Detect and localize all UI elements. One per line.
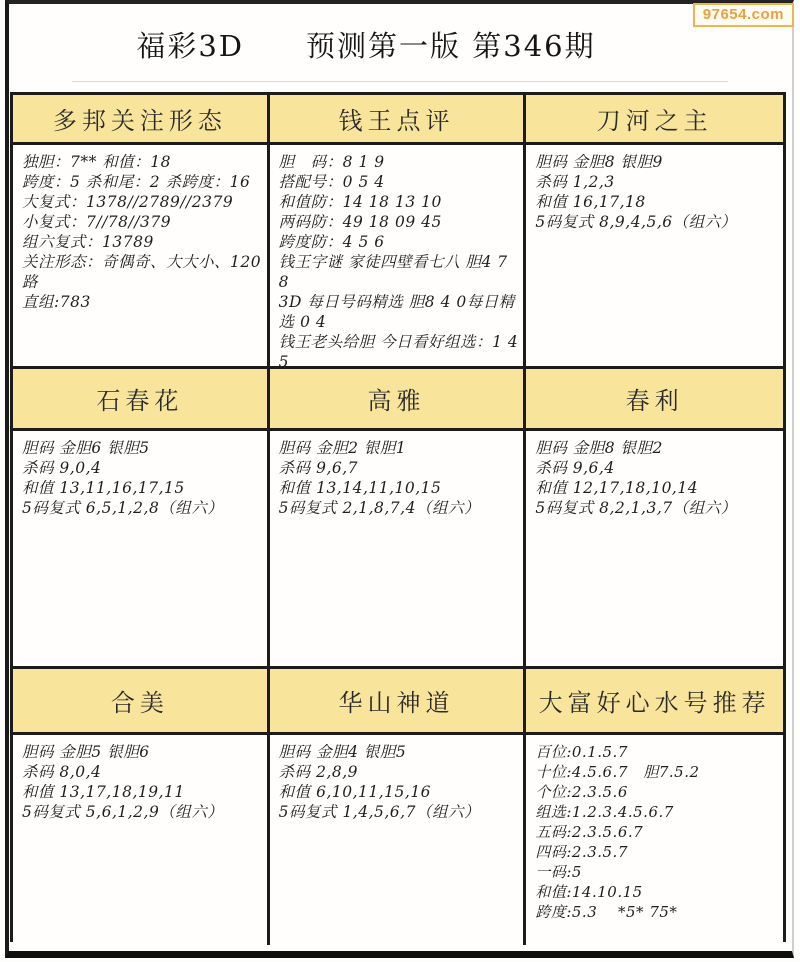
- panel-body: 胆码 金胆6 银胆5杀码 9,0,4和值 13,11,16,17,155码复式 …: [13, 431, 267, 518]
- prediction-line: 和值 13,11,16,17,15: [22, 478, 262, 498]
- prediction-line: 独胆：7** 和值：18: [22, 152, 262, 172]
- panel-9: 大富好心水号推荐百位:0.1.5.7十位:4.5.6.7 胆7.5.2个位:2.…: [526, 669, 783, 945]
- prediction-line: 和值 13,17,18,19,11: [22, 782, 262, 802]
- prediction-line: 组六复式：13789: [22, 232, 262, 252]
- panel-title: 华山神道: [270, 669, 524, 735]
- prediction-line: 5码复式 5,6,1,2,9（组六）: [22, 802, 262, 822]
- prediction-line: 和值 12,17,18,10,14: [535, 478, 778, 498]
- panel-body: 百位:0.1.5.7十位:4.5.6.7 胆7.5.2个位:2.3.5.6组选:…: [526, 735, 783, 922]
- prediction-line: 大复式：1378//2789//2379: [22, 192, 262, 212]
- panel-title: 春利: [526, 369, 783, 431]
- panel-6: 春利胆码 金胆8 银胆2杀码 9,6,4和值 12,17,18,10,145码复…: [526, 369, 783, 669]
- panel-title: 大富好心水号推荐: [526, 669, 783, 735]
- panel-title: 刀河之主: [526, 95, 783, 145]
- prediction-line: 四码:2.3.5.7: [535, 842, 778, 862]
- panel-7: 合美胆码 金胆5 银胆6杀码 8,0,4和值 13,17,18,19,115码复…: [13, 669, 270, 945]
- prediction-line: 和值 6,10,11,15,16: [279, 782, 519, 802]
- panel-body: 独胆：7** 和值：18跨度：5 杀和尾：2 杀跨度：16大复式：1378//2…: [13, 145, 267, 312]
- panel-8: 华山神道胆码 金胆4 银胆5杀码 2,8,9和值 6,10,11,15,165码…: [270, 669, 527, 945]
- prediction-line: 小复式：7//78//379: [22, 212, 262, 232]
- scanned-prediction-sheet: 97654.com 福彩3D 预测第一版 第346期 多邦关注形态独胆：7** …: [0, 0, 800, 962]
- prediction-line: 五码:2.3.5.6.7: [535, 822, 778, 842]
- prediction-line: 杀码 9,6,7: [279, 458, 519, 478]
- prediction-line: 5码复式 2,1,8,7,4（组六）: [279, 498, 519, 518]
- prediction-line: 关注形态：奇偶奇、大大小、120路: [22, 252, 262, 292]
- prediction-line: 胆码 金胆8 银胆2: [535, 438, 778, 458]
- prediction-line: 两码防：49 18 09 45: [279, 212, 519, 232]
- prediction-line: 组选:1.2.3.4.5.6.7: [535, 802, 778, 822]
- panel-title: 钱王点评: [270, 95, 524, 145]
- panel-body: 胆码 金胆2 银胆1杀码 9,6,7和值 13,14,11,10,155码复式 …: [270, 431, 524, 518]
- prediction-line: 胆码 金胆8 银胆9: [535, 152, 778, 172]
- panel-title: 多邦关注形态: [13, 95, 267, 145]
- panel-body: 胆码 金胆4 银胆5杀码 2,8,9和值 6,10,11,15,165码复式 1…: [270, 735, 524, 822]
- prediction-line: 胆 码：8 1 9: [279, 152, 519, 172]
- page-title: 福彩3D 预测第一版 第346期: [0, 24, 766, 65]
- panel-title: 合美: [13, 669, 267, 735]
- prediction-line: 5码复式 6,5,1,2,8（组六）: [22, 498, 262, 518]
- prediction-line: 跨度:5.3 *5* 75*: [535, 902, 778, 922]
- prediction-line: 胆码 金胆5 银胆6: [22, 742, 262, 762]
- prediction-line: 胆码 金胆2 银胆1: [279, 438, 519, 458]
- panel-2: 钱王点评胆 码：8 1 9搭配号：0 5 4和值防：14 18 13 10两码防…: [270, 95, 527, 369]
- panel-body: 胆码 金胆5 银胆6杀码 8,0,4和值 13,17,18,19,115码复式 …: [13, 735, 267, 822]
- prediction-line: 一码:5: [535, 862, 778, 882]
- prediction-line: 跨度：5 杀和尾：2 杀跨度：16: [22, 172, 262, 192]
- panel-body: 胆码 金胆8 银胆9杀码 1,2,3和值 16,17,185码复式 8,9,4,…: [526, 145, 783, 232]
- prediction-line: 个位:2.3.5.6: [535, 782, 778, 802]
- prediction-line: 胆码 金胆4 银胆5: [279, 742, 519, 762]
- prediction-line: 杀码 1,2,3: [535, 172, 778, 192]
- prediction-line: 钱王老头给胆 今日看好组选：1 4 5: [279, 332, 519, 369]
- prediction-line: 十位:4.5.6.7 胆7.5.2: [535, 762, 778, 782]
- panel-4: 石春花胆码 金胆6 银胆5杀码 9,0,4和值 13,11,16,17,155码…: [13, 369, 270, 669]
- prediction-line: 胆码 金胆6 银胆5: [22, 438, 262, 458]
- prediction-line: 杀码 8,0,4: [22, 762, 262, 782]
- panel-title: 石春花: [13, 369, 267, 431]
- panel-body: 胆 码：8 1 9搭配号：0 5 4和值防：14 18 13 10两码防：49 …: [270, 145, 524, 369]
- prediction-line: 5码复式 1,4,5,6,7（组六）: [279, 802, 519, 822]
- prediction-line: 直组:783: [22, 292, 262, 312]
- panel-1: 多邦关注形态独胆：7** 和值：18跨度：5 杀和尾：2 杀跨度：16大复式：1…: [13, 95, 270, 369]
- prediction-line: 5码复式 8,9,4,5,6（组六）: [535, 212, 778, 232]
- prediction-line: 杀码 9,0,4: [22, 458, 262, 478]
- prediction-line: 搭配号：0 5 4: [279, 172, 519, 192]
- prediction-line: 和值防：14 18 13 10: [279, 192, 519, 212]
- prediction-line: 5码复式 8,2,1,3,7（组六）: [535, 498, 778, 518]
- prediction-line: 跨度防：4 5 6: [279, 232, 519, 252]
- prediction-line: 杀码 9,6,4: [535, 458, 778, 478]
- prediction-line: 和值 13,14,11,10,15: [279, 478, 519, 498]
- panel-5: 高雅胆码 金胆2 银胆1杀码 9,6,7和值 13,14,11,10,155码复…: [270, 369, 527, 669]
- panel-3: 刀河之主胆码 金胆8 银胆9杀码 1,2,3和值 16,17,185码复式 8,…: [526, 95, 783, 369]
- title-divider: [72, 81, 728, 82]
- prediction-line: 钱王字谜 家徒四壁看七八 胆4 7 8: [279, 252, 519, 292]
- prediction-line: 和值:14.10.15: [535, 882, 778, 902]
- panel-title: 高雅: [270, 369, 524, 431]
- panel-body: 胆码 金胆8 银胆2杀码 9,6,4和值 12,17,18,10,145码复式 …: [526, 431, 783, 518]
- prediction-line: 百位:0.1.5.7: [535, 742, 778, 762]
- prediction-line: 和值 16,17,18: [535, 192, 778, 212]
- prediction-grid: 多邦关注形态独胆：7** 和值：18跨度：5 杀和尾：2 杀跨度：16大复式：1…: [10, 92, 786, 942]
- prediction-line: 杀码 2,8,9: [279, 762, 519, 782]
- prediction-line: 3D 每日号码精选 胆8 4 0每日精选 0 4: [279, 292, 519, 332]
